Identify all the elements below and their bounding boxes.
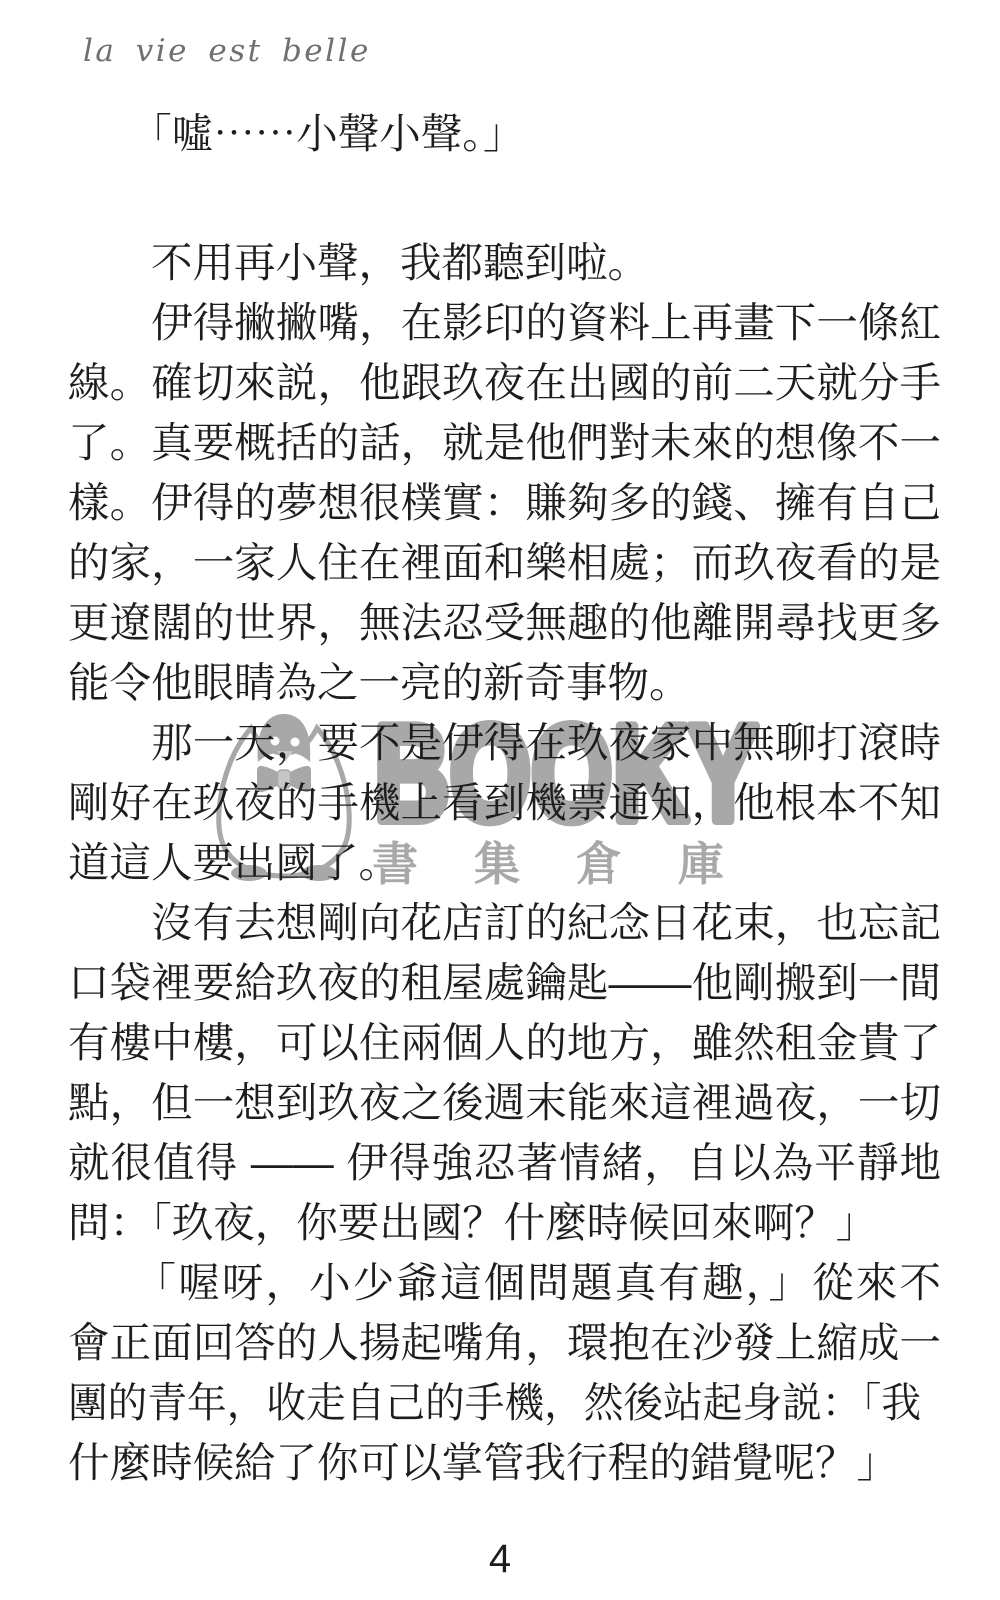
text-line: 更遼闊的世界，無法忍受無趣的他離開尋找更多 <box>68 593 941 653</box>
text-line: 問：「玖夜，你要出國？什麼時候回來啊？」 <box>68 1193 941 1253</box>
text-line: 的家，一家人住在裡面和樂相處；而玖夜看的是 <box>68 533 941 593</box>
text-line: 「喔呀，小少爺這個問題真有趣，」從來不 <box>68 1253 941 1313</box>
text-line: 道這人要出國了。 <box>68 833 941 893</box>
text-line: 那一天，要不是伊得在玖夜家中無聊打滾時 <box>68 713 941 773</box>
text-line: 沒有去想剛向花店訂的紀念日花束，也忘記 <box>68 893 941 953</box>
page-number: 4 <box>0 1537 1000 1582</box>
text-line: 剛好在玖夜的手機上看到機票通知，他根本不知 <box>68 773 941 833</box>
text-line: 團的青年，收走自己的手機，然後站起身説：「我 <box>68 1373 903 1433</box>
text-line: 口袋裡要給玖夜的租屋處鑰匙——他剛搬到一間 <box>68 953 941 1013</box>
text-line: 點，但一想到玖夜之後週末能來這裡過夜，一切 <box>68 1073 941 1133</box>
text-line: 伊得撇撇嘴，在影印的資料上再畫下一條紅 <box>68 293 941 353</box>
book-page: la vie est belle BOOKY 書集倉庫 「噓⋯⋯小聲小聲。」 不… <box>0 0 1000 1600</box>
text-line: 會正面回答的人揚起嘴角，環抱在沙發上縮成一 <box>68 1313 941 1373</box>
text-line: 不用再小聲，我都聽到啦。 <box>68 233 941 293</box>
text-line: 就很值得 —— 伊得強忍著情緒，自以為平靜地 <box>68 1133 941 1193</box>
text-line: 什麼時候給了你可以掌管我行程的錯覺呢？」 <box>68 1433 941 1493</box>
text-line: 線。確切來説，他跟玖夜在出國的前二天就分手 <box>68 353 941 413</box>
text-line: 樣。伊得的夢想很樸實：賺夠多的錢、擁有自己 <box>68 473 941 533</box>
page-header-quote: la vie est belle <box>83 33 371 69</box>
text-line: 能令他眼睛為之一亮的新奇事物。 <box>68 653 941 713</box>
body-text: 「噓⋯⋯小聲小聲。」 不用再小聲，我都聽到啦。 伊得撇撇嘴，在影印的資料上再畫下… <box>68 104 941 1493</box>
text-line: 「噓⋯⋯小聲小聲。」 <box>68 104 941 164</box>
text-line: 有樓中樓，可以住兩個人的地方，雖然租金貴了 <box>68 1013 941 1073</box>
text-line: 了。真要概括的話，就是他們對未來的想像不一 <box>68 413 941 473</box>
